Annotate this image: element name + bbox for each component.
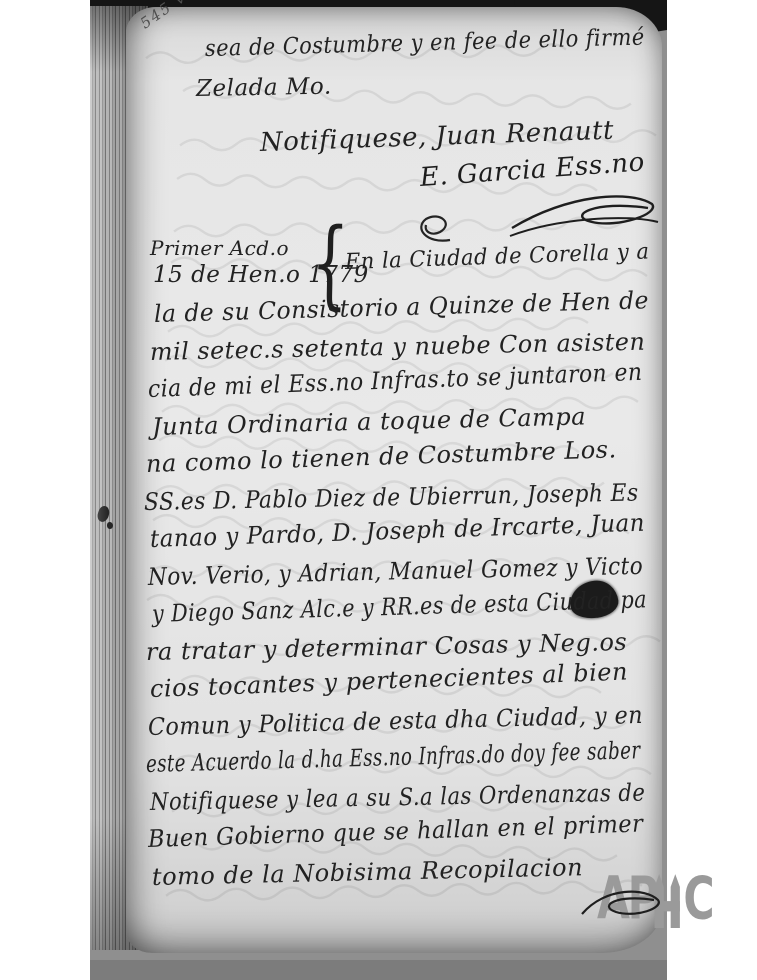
- manuscript-line: tanao y Pardo, D. Joseph de Ircarte, Jua…: [150, 509, 646, 553]
- manuscript-line: na como lo tienen de Costumbre Los.: [146, 435, 617, 478]
- signature-rubric: [508, 188, 663, 242]
- manuscript-line: Nov. Verio, y Adrian, Manuel Gomez y Vic…: [148, 552, 644, 591]
- handwriting-layer: 545 v sea de Costumbre y en fee de ello …: [90, 0, 667, 980]
- scanned-manuscript-screenshot: 545 v sea de Costumbre y en fee de ello …: [0, 0, 757, 980]
- manuscript-line: tomo de la Nobisima Recopilacion: [152, 853, 584, 891]
- notary-mark-line: Zelada Mo.: [196, 74, 332, 102]
- watermark-letter-c: C: [683, 871, 714, 928]
- notification-line: Notifiquese, Juan Renautt: [259, 116, 614, 158]
- manuscript-line: la de su Consistorio a Quinze de Hen de: [154, 286, 650, 328]
- manuscript-line: Junta Ordinaria a toque de Campa: [152, 402, 587, 441]
- scan-photo: 545 v sea de Costumbre y en fee de ello …: [90, 0, 667, 980]
- closing-line: sea de Costumbre y en fee de ello firmé: [205, 24, 645, 62]
- manuscript-line: En la Ciudad de Corella y a: [345, 239, 650, 275]
- folio-number: 545 v: [137, 0, 190, 32]
- manuscript-line: cia de mi el Ess.no Infras.to se juntaro…: [148, 358, 643, 403]
- margin-note-title: Primer Acd.o: [150, 236, 289, 260]
- closing-rubric: [576, 882, 667, 928]
- manuscript-line: Buen Gobierno que se hallan en el primer: [148, 809, 644, 853]
- manuscript-line: y Diego Sanz Alc.e y RR.es de esta Ciuda…: [152, 585, 648, 628]
- manuscript-line: Notifiquese y lea a su S.a las Ordenanza…: [150, 778, 646, 816]
- signature-line: E. Garcia Ess.no: [419, 147, 646, 193]
- manuscript-line: Comun y Politica de esta dha Ciudad, y e…: [148, 701, 644, 741]
- manuscript-line: este Acuerdo la d.ha Ess.no Infras.do do…: [146, 736, 641, 778]
